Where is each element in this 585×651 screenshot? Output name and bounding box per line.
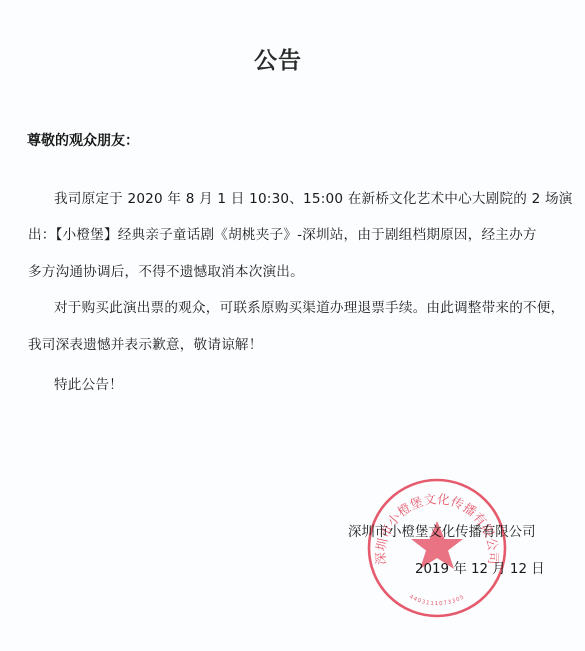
paragraph-1-line-1: 我司原定于 2020 年 8 月 1 日 10:30、15:00 在新桥文化艺术… bbox=[54, 187, 573, 207]
svg-text:4403111073305: 4403111073305 bbox=[408, 594, 466, 607]
company-seal-stamp: 深圳市小橙堡文化传播有限公司 4403111073305 bbox=[366, 477, 508, 619]
paragraph-2-line-2: 我司深表遗憾并表示歉意，敬请谅解！ bbox=[28, 333, 263, 353]
announcement-document: 公告 尊敬的观众朋友： 我司原定于 2020 年 8 月 1 日 10:30、1… bbox=[0, 0, 585, 651]
document-title: 公告 bbox=[0, 42, 556, 75]
salutation: 尊敬的观众朋友： bbox=[27, 130, 139, 150]
paragraph-1-line-2: 出：【小橙堡】经典亲子童话剧《胡桃夹子》-深圳站，由于剧组档期原因，经主办方 bbox=[28, 223, 537, 243]
closing-line: 特此公告！ bbox=[54, 373, 123, 393]
paragraph-1-line-3: 多方沟通协调后，不得不遗憾取消本次演出。 bbox=[28, 260, 304, 280]
paragraph-2-line-1: 对于购买此演出票的观众，可联系原购买渠道办理退票手续。由此调整带来的不便， bbox=[54, 296, 564, 316]
signature-company: 深圳市小橙堡文化传播有限公司 bbox=[348, 521, 535, 540]
signature-date: 2019 年 12 月 12 日 bbox=[415, 558, 545, 577]
stamp-number-text: 4403111073305 bbox=[408, 594, 466, 607]
